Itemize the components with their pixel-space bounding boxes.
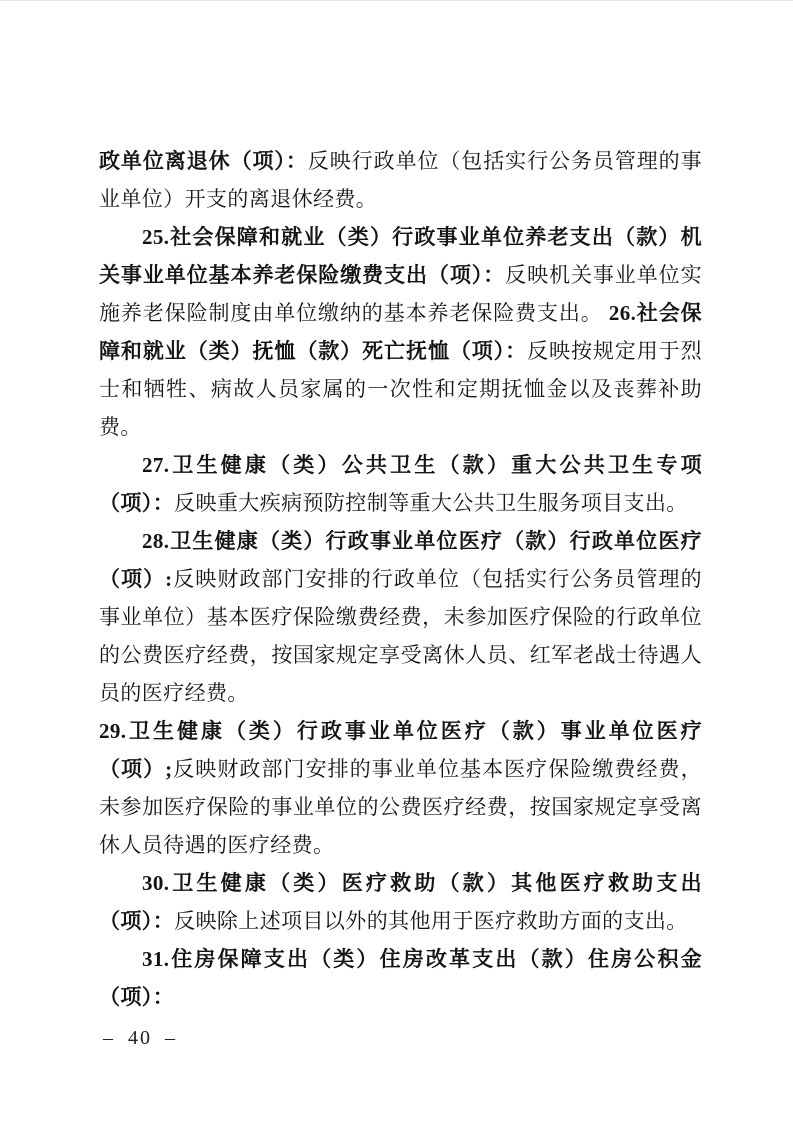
paragraph-item-28: 28.卫生健康（类）行政事业单位医疗（款）行政单位医疗（项）:反映财政部门安排的… <box>99 522 702 712</box>
page-footer: – 40 – <box>103 1025 177 1051</box>
clause-24-title: 政单位离退休（项）： <box>99 149 308 173</box>
clause-29-body: 反映财政部门安排的事业单位基本医疗保险缴费经费，未参加医疗保险的事业单位的公费医… <box>99 757 702 857</box>
paragraph-item-31: 31.住房保障支出（类）住房改革支出（款）住房公积金（项）： <box>99 940 702 1016</box>
document-page: 政单位离退休（项）：反映行政单位（包括实行公务员管理的事业单位）开支的离退休经费… <box>0 0 793 1122</box>
paragraph-item-29: 29.卫生健康（类）行政事业单位医疗（款）事业单位医疗（项）;反映财政部门安排的… <box>99 712 702 864</box>
document-body: 政单位离退休（项）：反映行政单位（包括实行公务员管理的事业单位）开支的离退休经费… <box>99 142 702 1016</box>
paragraph-item-27: 27.卫生健康（类）公共卫生（款）重大公共卫生专项（项）：反映重大疾病预防控制等… <box>99 446 702 522</box>
clause-28-body: 反映财政部门安排的行政单位（包括实行公务员管理的事业单位）基本医疗保险缴费经费，… <box>99 567 702 705</box>
paragraph-item-25-26: 25.社会保障和就业（类）行政事业单位养老支出（款）机关事业单位基本养老保险缴费… <box>99 218 702 446</box>
paragraph-item-24-continuation: 政单位离退休（项）：反映行政单位（包括实行公务员管理的事业单位）开支的离退休经费… <box>99 142 702 218</box>
paragraph-item-30: 30.卫生健康（类）医疗救助（款）其他医疗救助支出（项）：反映除上述项目以外的其… <box>99 864 702 940</box>
clause-30-body: 反映除上述项目以外的其他用于医疗救助方面的支出。 <box>174 909 688 933</box>
clause-31-title: 31.住房保障支出（类）住房改革支出（款）住房公积金（项）： <box>99 947 702 1009</box>
clause-27-body: 反映重大疾病预防控制等重大公共卫生服务项目支出。 <box>174 491 688 515</box>
page-number-label: – 40 – <box>103 1027 177 1049</box>
